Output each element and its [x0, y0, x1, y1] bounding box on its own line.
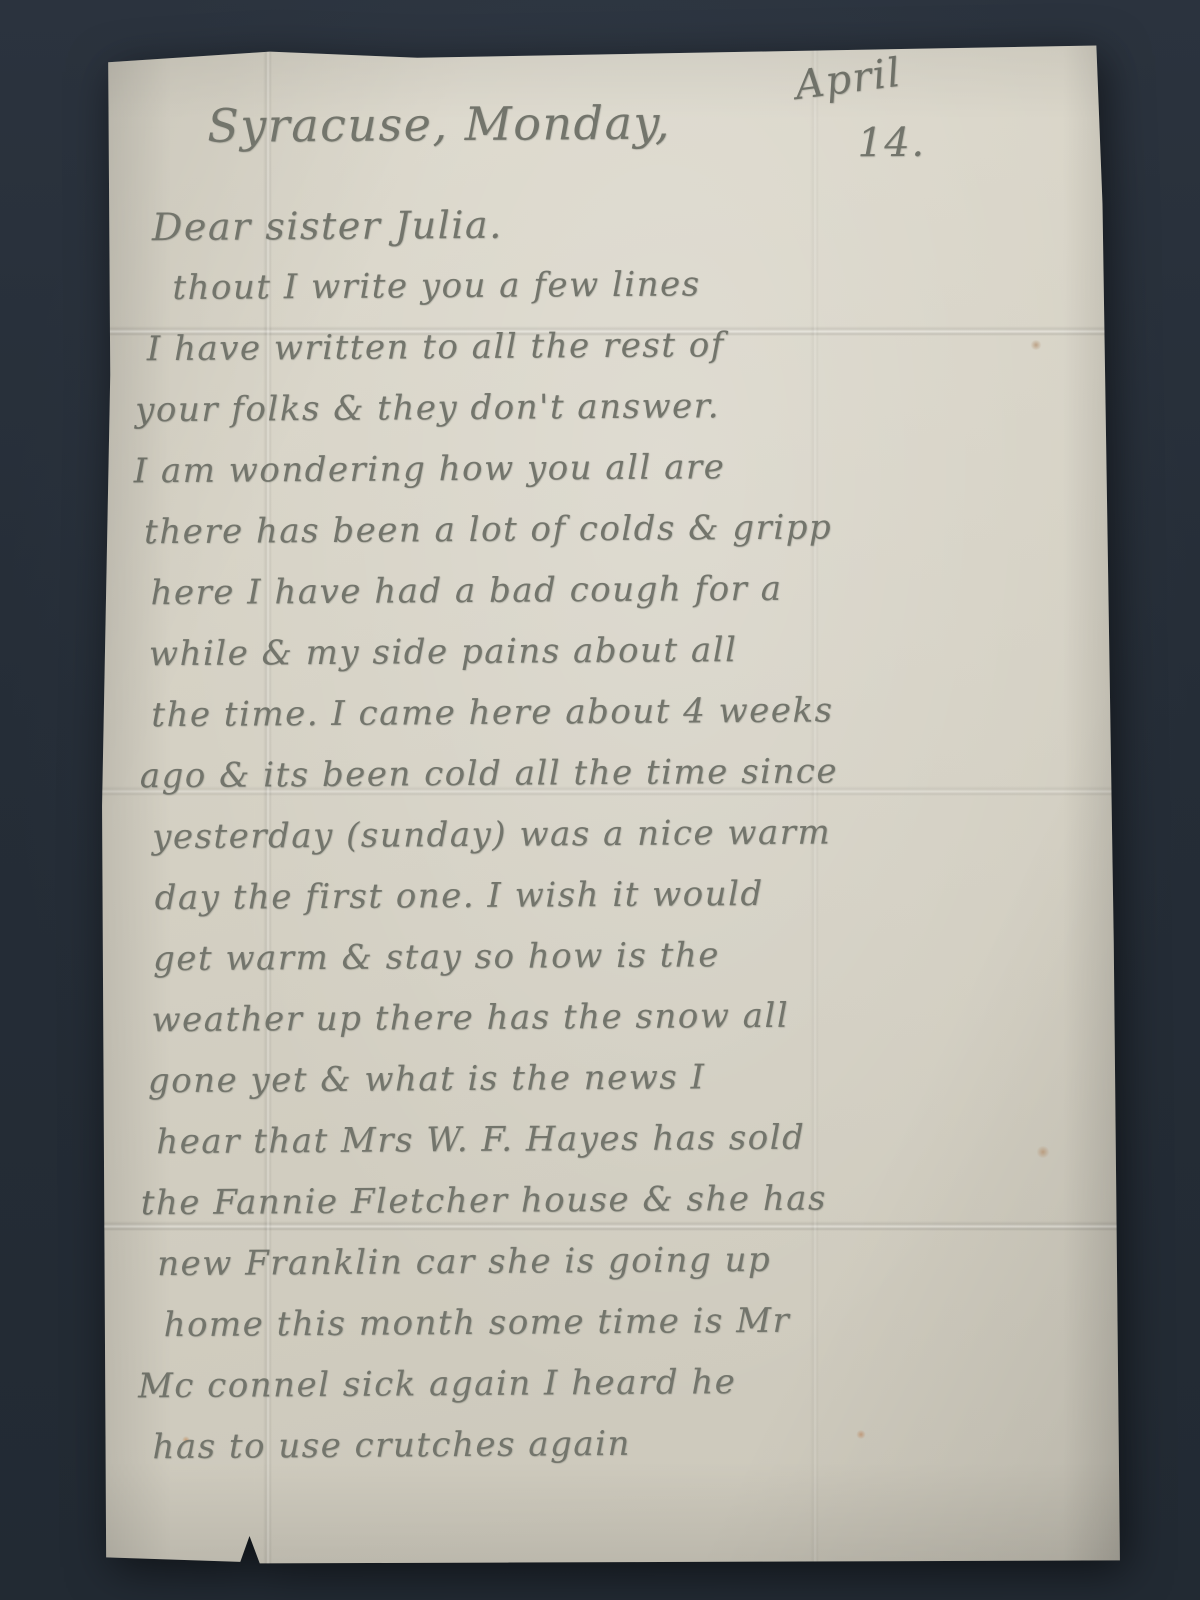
letter-line: home this month some time is Mr	[163, 1289, 1113, 1357]
letter-line: has to use crutches again	[152, 1411, 1114, 1479]
letter-line: hear that Mrs W. F. Hayes has sold	[156, 1106, 1112, 1174]
letter-dateline-month: April	[792, 50, 904, 109]
letter-body: Dear sister Julia. thout I write you a f…	[124, 191, 1115, 1479]
letter-line: gone yet & what is the news I	[148, 1045, 1112, 1113]
letter-line: get warm & stay so how is the	[153, 923, 1111, 991]
letter-line: there has been a lot of colds & gripp	[144, 496, 1108, 564]
letter-line: I have written to all the rest of	[147, 313, 1107, 381]
letter-line: thout I write you a few lines	[172, 252, 1106, 320]
letter-dateline-day: 14.	[857, 120, 925, 166]
letter-line: the Fannie Fletcher house & she has	[141, 1167, 1113, 1235]
letter-line: Mc connel sick again I heard he	[138, 1350, 1114, 1418]
letter-line: yesterday (sunday) was a nice warm	[152, 801, 1110, 869]
handwritten-letter-text: Syracuse, Monday, April 14. Dear sister …	[95, 40, 1130, 1571]
letter-line: I am wondering how you all are	[133, 435, 1107, 503]
letter-line: weather up there has the snow all	[151, 984, 1111, 1052]
letter-line: ago & its been cold all the time since	[140, 740, 1110, 808]
letter-line: your folks & they don't answer.	[135, 374, 1107, 442]
letter-paper: Syracuse, Monday, April 14. Dear sister …	[100, 44, 1124, 1568]
letter-line: day the first one. I wish it would	[154, 862, 1110, 930]
letter-line: new Franklin car she is going up	[157, 1228, 1113, 1296]
letter-salutation: Dear sister Julia.	[152, 191, 1106, 259]
letter-dateline-place: Syracuse, Monday,	[207, 96, 671, 153]
letter-line: while & my side pains about all	[149, 618, 1109, 686]
paper-sheet: Syracuse, Monday, April 14. Dear sister …	[100, 44, 1124, 1568]
letter-line: here I have had a bad cough for a	[150, 557, 1108, 625]
photo-background: Syracuse, Monday, April 14. Dear sister …	[0, 0, 1200, 1600]
letter-line: the time. I came here about 4 weeks	[151, 679, 1109, 747]
